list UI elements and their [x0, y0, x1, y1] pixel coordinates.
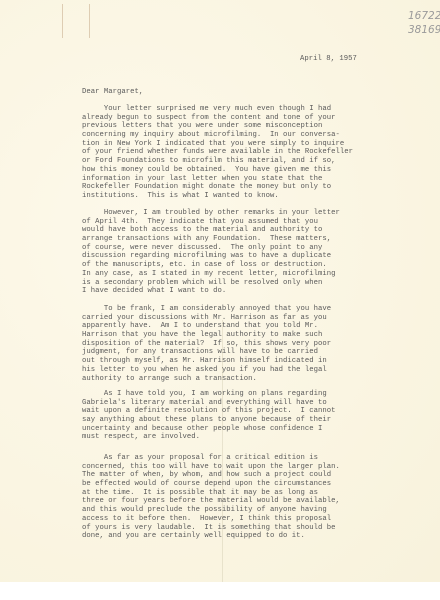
text-line: is a secondary problem which will be res…	[82, 279, 340, 288]
text-line: be effected would of course depend upon …	[82, 480, 340, 489]
text-line: his letter to you when he asked you if y…	[82, 366, 331, 375]
text-line: As I have told you, I am working on plan…	[82, 390, 336, 399]
text-line: and this would preclude the possibility …	[82, 506, 340, 515]
text-line: of yours is very laudable. It is somethi…	[82, 524, 340, 533]
archive-number-2: 38169	[408, 24, 440, 36]
text-line: done, and you are certainly well equippe…	[82, 532, 340, 541]
text-line: must respect, are involved.	[82, 433, 336, 442]
text-line: disposition of the material? If so, this…	[82, 340, 331, 349]
text-line: information in your last letter when you…	[82, 175, 353, 184]
text-line: already begun to suspect from the conten…	[82, 114, 353, 123]
text-line: To be frank, I am considerably annoyed t…	[82, 305, 331, 314]
text-line: arrange transactions with any Foundation…	[82, 235, 340, 244]
text-line: institutions. This is what I wanted to k…	[82, 192, 353, 201]
text-line: The matter of when, by whom, and how suc…	[82, 471, 340, 480]
text-line: tion in New York I indicated that you we…	[82, 140, 353, 149]
text-line: Harrison that you have the legal authori…	[82, 331, 331, 340]
text-line: As far as your proposal for a critical e…	[82, 454, 340, 463]
text-line: three or four years before the material …	[82, 497, 340, 506]
text-line: I have decided what I want to do.	[82, 287, 340, 296]
text-line: access to it before then. However, I thi…	[82, 515, 340, 524]
paragraph-5: As far as your proposal for a critical e…	[82, 454, 340, 541]
text-line: uncertainty and because other people who…	[82, 425, 336, 434]
paragraph-2: However, I am troubled by other remarks …	[82, 209, 340, 296]
text-line: authority to arrange such a transaction.	[82, 375, 331, 384]
text-line: In any case, as I stated in my recent le…	[82, 270, 340, 279]
letter-page: 16722. 38169 April 8, 1957 Dear Margaret…	[0, 0, 440, 582]
text-line: Gabriela's literary material and everyth…	[82, 399, 336, 408]
paragraph-1: Your letter surprised me very much even …	[82, 105, 353, 201]
archive-number-1: 16722.	[408, 10, 440, 22]
letter-date: April 8, 1957	[300, 55, 357, 64]
text-line: Rockefeller Foundation might donate the …	[82, 183, 353, 192]
text-line: concerned, this too will have to wait up…	[82, 463, 340, 472]
text-line: apparently have. Am I to understand that…	[82, 322, 331, 331]
text-line: of course, were never discussed. The onl…	[82, 244, 340, 253]
paragraph-3: To be frank, I am considerably annoyed t…	[82, 305, 331, 383]
text-line: or Ford Foundations to microfilm this ma…	[82, 157, 353, 166]
text-line: would have both access to the material a…	[82, 226, 340, 235]
letter-salutation: Dear Margaret,	[82, 88, 143, 97]
text-line: Your letter surprised me very much even …	[82, 105, 353, 114]
text-line: out through myself, as Mr. Harrison hims…	[82, 357, 331, 366]
text-line: wait upon a definite resolution of this …	[82, 407, 336, 416]
text-line: at the time. It is possible that it may …	[82, 489, 340, 498]
text-line: of your friend whether funds were availa…	[82, 148, 353, 157]
text-line: judgment, for any transactions will have…	[82, 348, 331, 357]
text-line: However, I am troubled by other remarks …	[82, 209, 340, 218]
paragraph-4: As I have told you, I am working on plan…	[82, 390, 336, 442]
text-line: of April 4th. They indicate that you ass…	[82, 218, 340, 227]
text-line: of the manuscripts, etc. in case of loss…	[82, 261, 340, 270]
text-line: carried your discussions with Mr. Harris…	[82, 314, 331, 323]
paper-crease-mark	[62, 4, 90, 38]
text-line: concerning my inquiry about microfilming…	[82, 131, 353, 140]
text-line: previous letters that you were under som…	[82, 122, 353, 131]
text-line: say anything about these plans to anyone…	[82, 416, 336, 425]
text-line: how this money could be obtained. You ha…	[82, 166, 353, 175]
text-line: discussion regarding microfilming was to…	[82, 252, 340, 261]
